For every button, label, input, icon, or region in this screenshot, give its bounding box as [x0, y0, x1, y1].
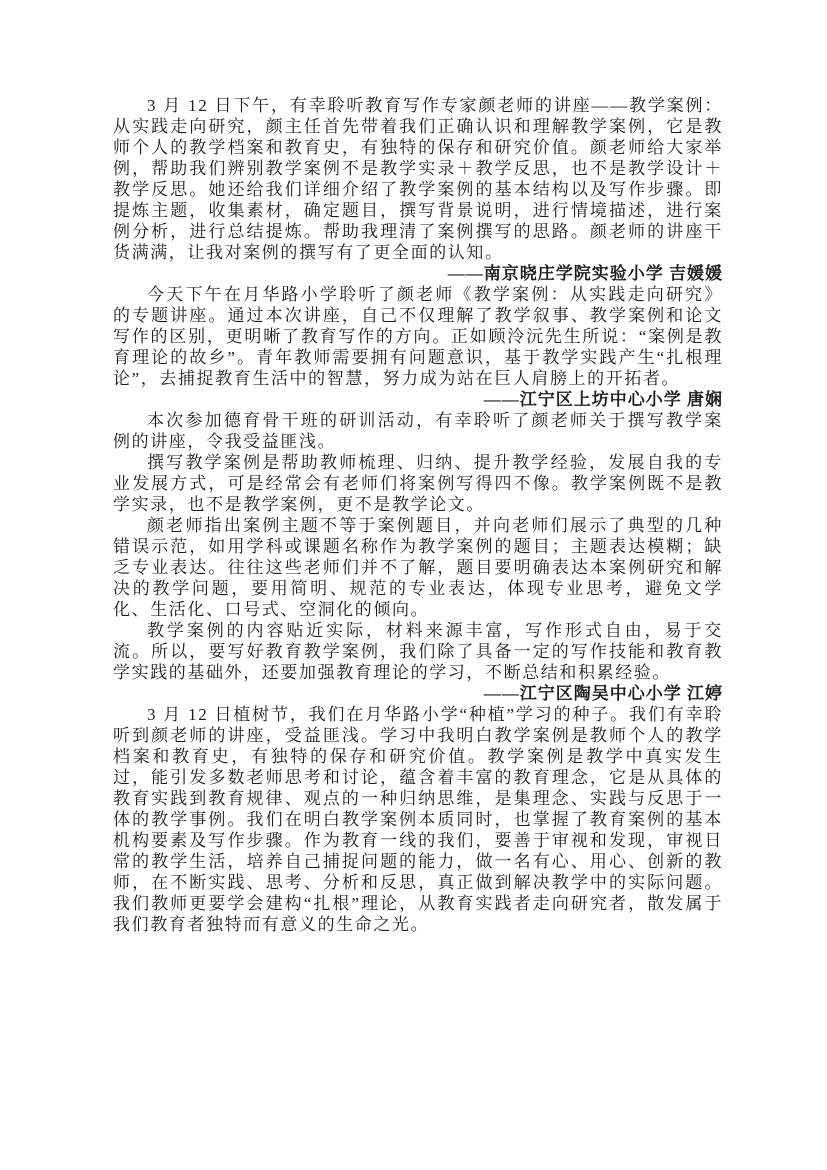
paragraph-6: 教学案例的内容贴近实际，材料来源丰富，写作形式自由，易于交流。所以，要写好教育教…	[113, 620, 723, 683]
attribution-line-1: ——南京晓庄学院实验小学 吉媛媛	[113, 263, 723, 284]
document-text-body: 3 月 12 日下午，有幸聆听教育写作专家颜老师的讲座——教学案例：从实践走向研…	[113, 95, 723, 935]
attribution-line-2: ——江宁区上坊中心小学 唐娴	[113, 389, 723, 410]
attribution-line-3: ——江宁区陶吴中心小学 江婷	[113, 683, 723, 704]
paragraph-2: 今天下午在月华路小学聆听了颜老师《教学案例：从实践走向研究》的专题讲座。通过本次…	[113, 284, 723, 389]
document-page: 3 月 12 日下午，有幸聆听教育写作专家颜老师的讲座——教学案例：从实践走向研…	[0, 0, 827, 1170]
paragraph-4: 撰写教学案例是帮助教师梳理、归纳、提升教学经验，发展自我的专业发展方式，可是经常…	[113, 452, 723, 515]
paragraph-7: 3 月 12 日植树节，我们在月华路小学“种植”学习的种子。我们有幸聆听到颜老师…	[113, 704, 723, 935]
paragraph-1: 3 月 12 日下午，有幸聆听教育写作专家颜老师的讲座——教学案例：从实践走向研…	[113, 95, 723, 263]
paragraph-5: 颜老师指出案例主题不等于案例题目，并向老师们展示了典型的几种错误示范，如用学科或…	[113, 515, 723, 620]
paragraph-3: 本次参加德育骨干班的研训活动，有幸聆听了颜老师关于撰写教学案例的讲座，令我受益匪…	[113, 410, 723, 452]
